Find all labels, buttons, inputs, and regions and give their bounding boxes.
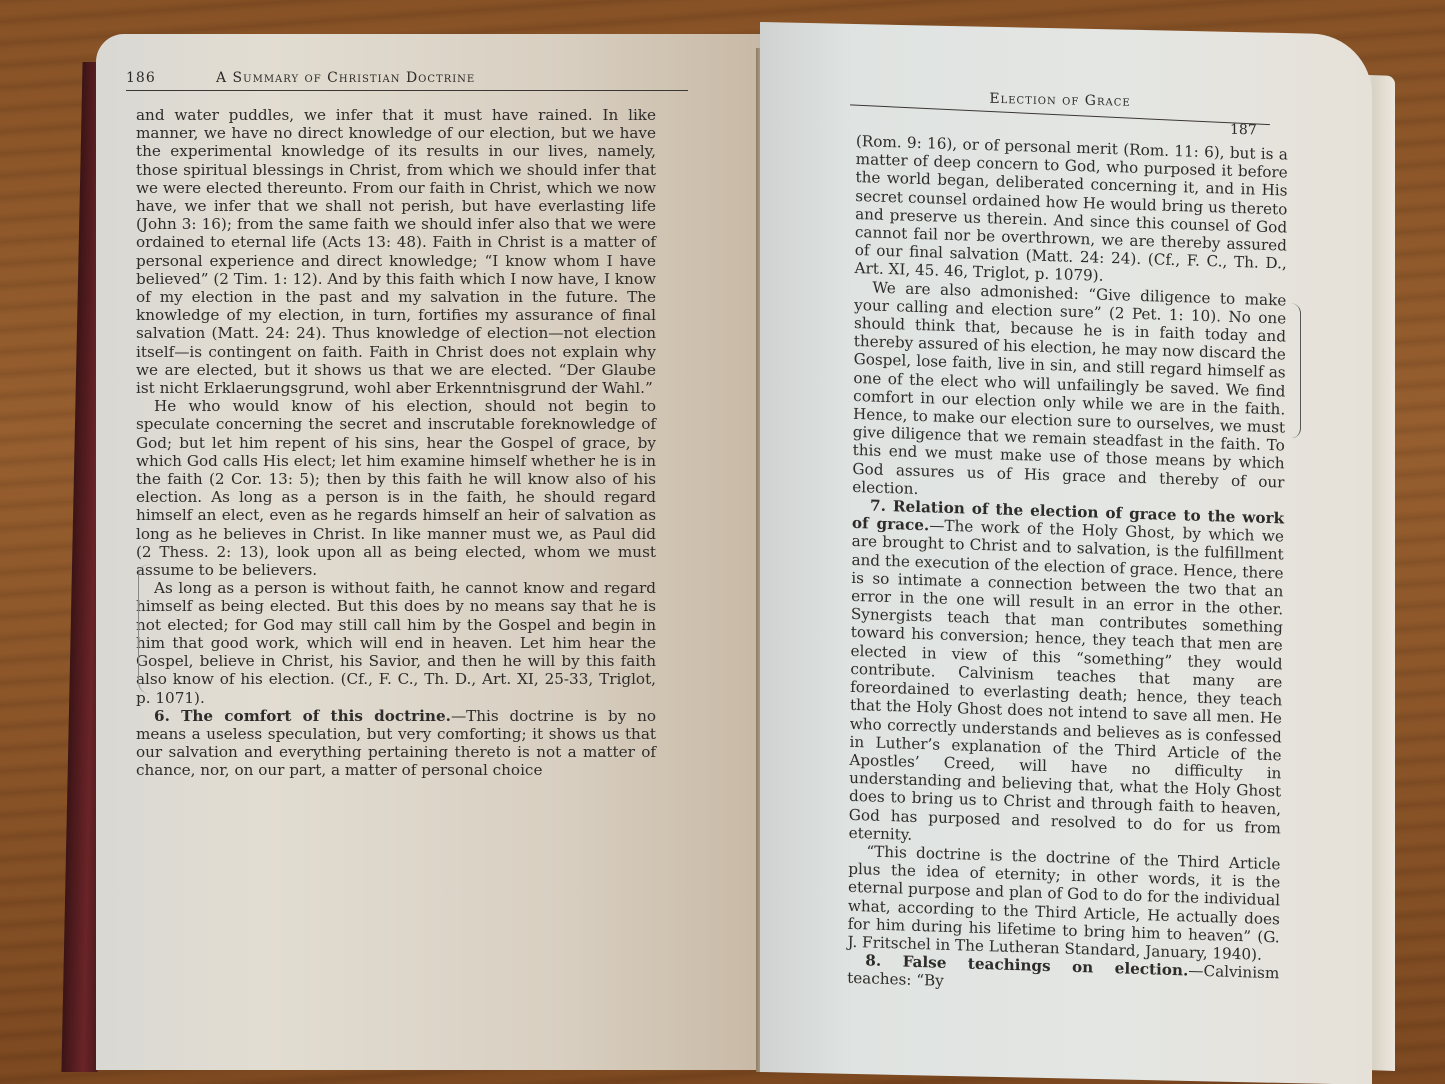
paragraph: We are also admonished: “Give diligence … xyxy=(852,278,1286,510)
right-page: Election of Grace 187 (Rom. 9: 16), or o… xyxy=(760,22,1372,1084)
right-page-number: 187 xyxy=(1230,122,1257,139)
section-7: 7. Relation of the election of grace to … xyxy=(849,496,1285,855)
left-page-body: and water puddles, we infer that it must… xyxy=(136,106,656,780)
paragraph: and water puddles, we infer that it must… xyxy=(136,106,656,397)
section-heading: 6. The comfort of this doctrine. xyxy=(154,707,451,725)
section-6: 6. The comfort of this doctrine.—This do… xyxy=(136,707,656,780)
quote-paragraph: “This doctrine is the doctrine of the Th… xyxy=(847,842,1280,965)
pencil-bracket-mark xyxy=(138,564,151,694)
paragraph: (Rom. 9: 16), or of personal merit (Rom.… xyxy=(854,132,1288,291)
paragraph: He who would know of his election, shoul… xyxy=(136,397,656,579)
left-running-title: A Summary of Christian Doctrine xyxy=(216,70,475,86)
right-page-body: (Rom. 9: 16), or of personal merit (Rom.… xyxy=(847,132,1288,1001)
paragraph: As long as a person is without faith, he… xyxy=(136,579,656,706)
pencil-brace-mark xyxy=(1290,303,1301,438)
left-running-head: 186 A Summary of Christian Doctrine xyxy=(126,70,688,91)
right-running-head: Election of Grace xyxy=(850,88,1270,117)
section-text: —The work of the Holy Ghost, by which we… xyxy=(849,517,1284,844)
left-page: 186 A Summary of Christian Doctrine and … xyxy=(96,34,761,1070)
left-page-number: 186 xyxy=(126,70,216,86)
